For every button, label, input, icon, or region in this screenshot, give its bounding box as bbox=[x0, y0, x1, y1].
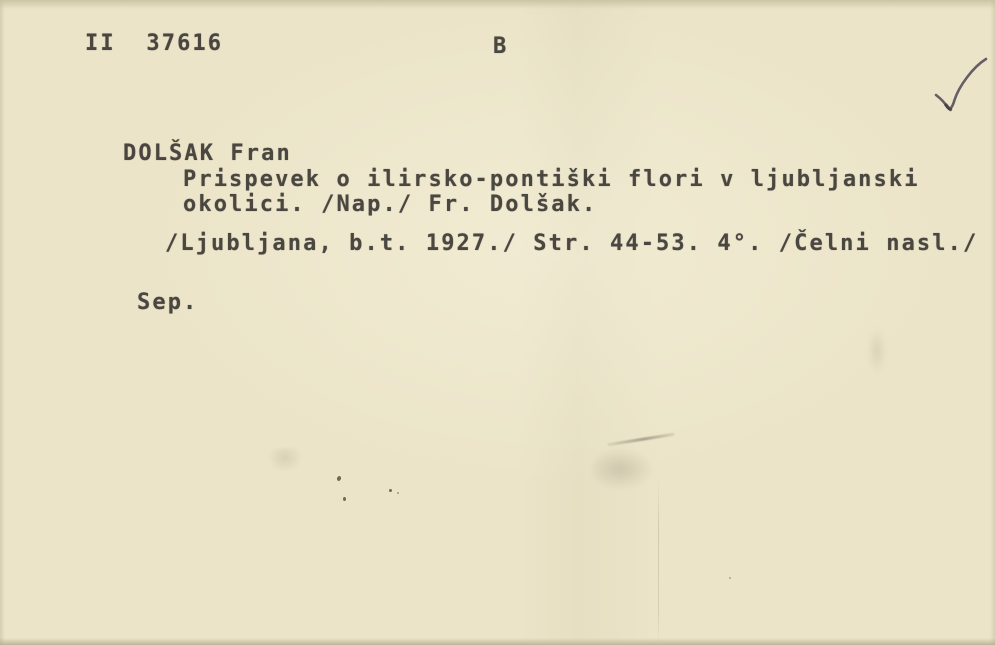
separatum-note: Sep. bbox=[137, 292, 198, 314]
call-number: II 37616 bbox=[85, 33, 223, 55]
ink-speck bbox=[336, 475, 341, 481]
title-line-2: okolici. /Nap./ Fr. Dolšak. bbox=[183, 194, 597, 216]
pencil-streak bbox=[607, 433, 675, 447]
ink-speck bbox=[729, 577, 731, 579]
pen-checkmark-icon bbox=[928, 52, 992, 118]
ink-speck bbox=[343, 497, 346, 501]
ink-speck bbox=[397, 492, 399, 494]
paper-scratch bbox=[658, 478, 659, 643]
paper-smudge bbox=[268, 448, 302, 472]
imprint-line: /Ljubljana, b.t. 1927./ Str. 44-53. 4°. … bbox=[165, 233, 978, 255]
paper-smudge bbox=[592, 448, 654, 490]
author-heading: DOLŠAK Fran bbox=[123, 143, 292, 165]
section-letter: B bbox=[493, 36, 508, 58]
ink-speck bbox=[389, 489, 392, 492]
title-line-1: Prispevek o ilirsko-pontiški flori v lju… bbox=[183, 169, 920, 191]
catalog-card: II 37616 B DOLŠAK Fran Prispevek o ilirs… bbox=[0, 0, 995, 645]
paper-smudge bbox=[868, 328, 886, 374]
